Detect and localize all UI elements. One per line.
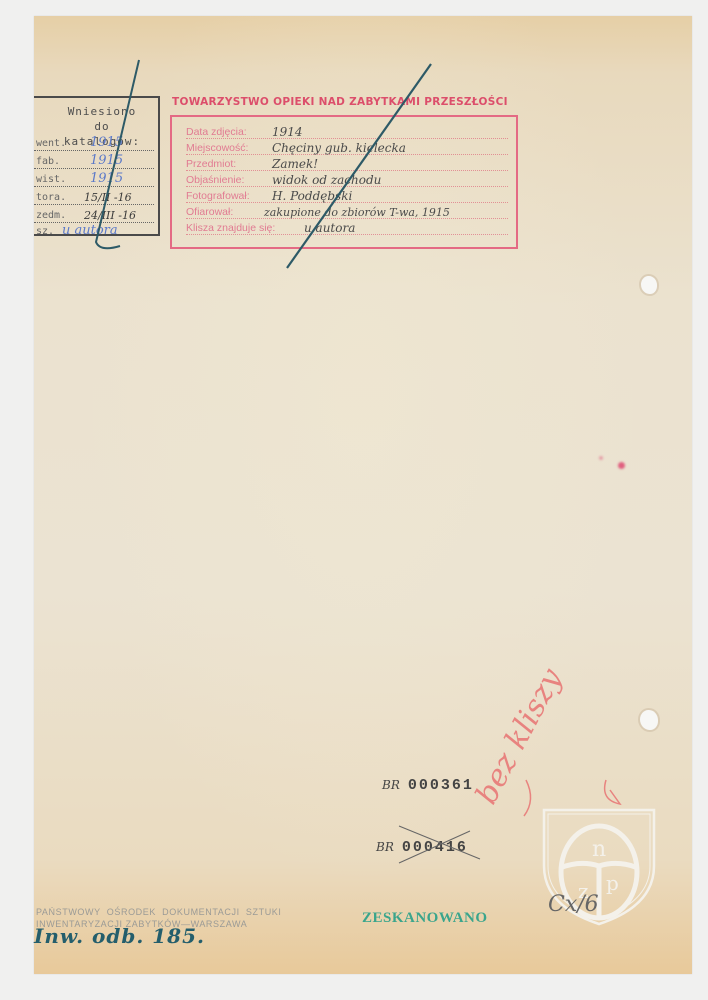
scanned-stamp: ZESKANOWANO	[362, 910, 488, 927]
society-row: Ofiarował: zakupione do zbiorów T-wa, 19…	[186, 203, 508, 219]
society-row: Klisza znajduje się: u autora	[186, 219, 508, 235]
catalog-row: sz. u autora	[34, 220, 154, 238]
pencil-note: Cx/6	[548, 892, 599, 917]
catalog-row: went. 1915	[34, 132, 154, 151]
inventory-number-current: BR000361	[382, 776, 474, 794]
catalog-row: tora. 15/II -16	[34, 186, 154, 205]
society-stamp-header: TOWARZYSTWO OPIEKI NAD ZABYTKAMI PRZESZŁ…	[172, 96, 508, 108]
svg-text:n: n	[592, 837, 606, 862]
ink-speck	[599, 456, 603, 460]
society-row: Przedmiot: Zamek!	[186, 155, 508, 171]
inventory-handwritten-note: Inw. odb. 185.	[34, 924, 205, 948]
society-row: Objaśnienie: widok od zachodu	[186, 171, 508, 187]
inventory-number-struck: BR000416	[376, 838, 468, 856]
svg-text:p: p	[606, 871, 619, 895]
society-row: Fotografował: H. Poddębski	[186, 187, 508, 203]
society-stamp: Data zdjęcia: 1914 Miejscowość: Chęciny …	[170, 115, 518, 249]
scanned-page: Wniesiono do katalogów: went. 1915 fab. …	[0, 0, 708, 1000]
society-row: Data zdjęcia: 1914	[186, 123, 508, 139]
society-row: Miejscowość: Chęciny gub. kielecka	[186, 139, 508, 155]
punch-hole-top	[641, 276, 657, 294]
catalog-row: wist. 1915	[34, 168, 154, 187]
punch-hole-bottom	[640, 710, 658, 730]
catalog-stamp: Wniesiono do katalogów: went. 1915 fab. …	[34, 96, 160, 236]
ink-speck	[618, 462, 625, 469]
catalog-row: fab. 1915	[34, 150, 154, 169]
